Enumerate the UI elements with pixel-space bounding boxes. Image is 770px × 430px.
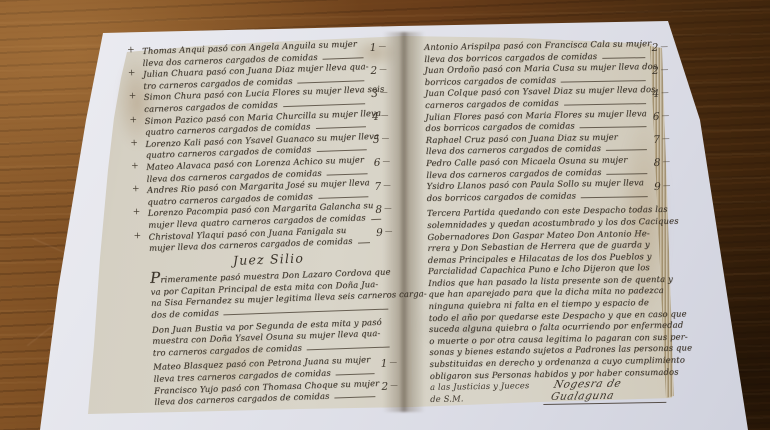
tally-number: 3 xyxy=(371,86,388,100)
fill-rule xyxy=(327,173,368,175)
tally-number: 2 xyxy=(652,63,669,77)
margin-cross-icon: + xyxy=(133,207,141,219)
margin-cross-icon: + xyxy=(131,161,139,173)
margin-cross-icon: + xyxy=(129,115,137,127)
tally-number: 9 xyxy=(376,225,393,239)
fill-rule xyxy=(581,196,648,198)
fill-rule xyxy=(315,126,365,129)
margin-cross-icon: + xyxy=(127,45,135,57)
tally-number: 5 xyxy=(373,133,390,147)
fill-rule xyxy=(336,373,375,375)
left-page-entry-list: +Thomas Anqui pasó con Angela Anguila su… xyxy=(142,38,387,255)
tally-number: 8 xyxy=(375,202,392,216)
tally-number: 2 xyxy=(370,63,387,77)
margin-cross-icon: + xyxy=(133,231,141,243)
right-page-entry-list: Antonio Arispilpa pasó con Francisca Cal… xyxy=(424,38,665,204)
fill-rule xyxy=(298,80,365,83)
manuscript-entry: Ysidro Llanos pasó con Paula Sollo su mu… xyxy=(426,177,664,204)
fill-rule xyxy=(564,103,646,105)
entry-line-text: dos borricos cargados de comidas xyxy=(427,190,577,204)
tally-number: 4 xyxy=(372,110,389,124)
tally-number: 2 xyxy=(652,40,669,54)
manuscript-paragraph: Primeramente pasó muestra Don Lazaro Cor… xyxy=(150,265,390,322)
tally-number: 6 xyxy=(653,110,670,124)
tally-number: 7 xyxy=(653,133,670,147)
fill-rule xyxy=(283,103,365,107)
left-page-text: +Thomas Anqui pasó con Angela Anguila su… xyxy=(142,38,393,409)
manuscript-paragraph: Don Juan Bustia va por Segunda de esta m… xyxy=(152,316,391,359)
photo-scene: +Thomas Anqui pasó con Angela Anguila su… xyxy=(0,0,770,430)
tally-number: 9 xyxy=(654,179,671,193)
fill-rule xyxy=(580,126,647,128)
tally-number: 6 xyxy=(373,156,390,170)
tally-number: 1 xyxy=(369,40,386,54)
tally-number: 8 xyxy=(654,156,671,170)
right-page-paragraph: Tercera Partida quedando con este Despac… xyxy=(427,204,668,382)
tally-number: 7 xyxy=(374,179,391,193)
tally-number: 2 xyxy=(381,379,398,393)
fill-rule xyxy=(318,196,368,199)
fill-rule xyxy=(335,396,376,398)
margin-cross-icon: + xyxy=(128,68,136,80)
left-page-entry-list-after: Mateo Blasquez pasó con Petrona Juana su… xyxy=(153,354,392,409)
left-page-paragraphs: Primeramente pasó muestra Don Lazaro Cor… xyxy=(150,265,391,359)
margin-cross-icon: + xyxy=(132,184,140,196)
paragraph-line-text: dos de comidas xyxy=(151,308,219,322)
fill-rule xyxy=(602,57,645,59)
fill-rule xyxy=(561,80,646,82)
signature: Nogesra de Gualaguna xyxy=(543,378,671,405)
fill-rule xyxy=(307,346,390,350)
fill-rule xyxy=(316,150,366,153)
right-page-text: Antonio Arispilpa pasó con Francisca Cal… xyxy=(424,38,668,408)
closing-line: a las Justicias y Jueces de S.M. Nogesra… xyxy=(430,378,668,407)
margin-cross-icon: + xyxy=(129,92,137,104)
fill-rule xyxy=(606,149,647,151)
closing-text: a las Justicias y Jueces de S.M. xyxy=(430,380,538,405)
fill-rule xyxy=(358,242,370,243)
fill-rule xyxy=(371,219,381,220)
margin-cross-icon: + xyxy=(130,138,138,150)
fill-rule xyxy=(323,57,364,59)
fill-rule xyxy=(607,173,648,175)
tally-number: 4 xyxy=(652,87,669,101)
tally-number: 1 xyxy=(380,356,397,370)
fill-rule xyxy=(224,309,388,316)
entry-line: dos borricos cargados de comidas xyxy=(427,189,649,204)
